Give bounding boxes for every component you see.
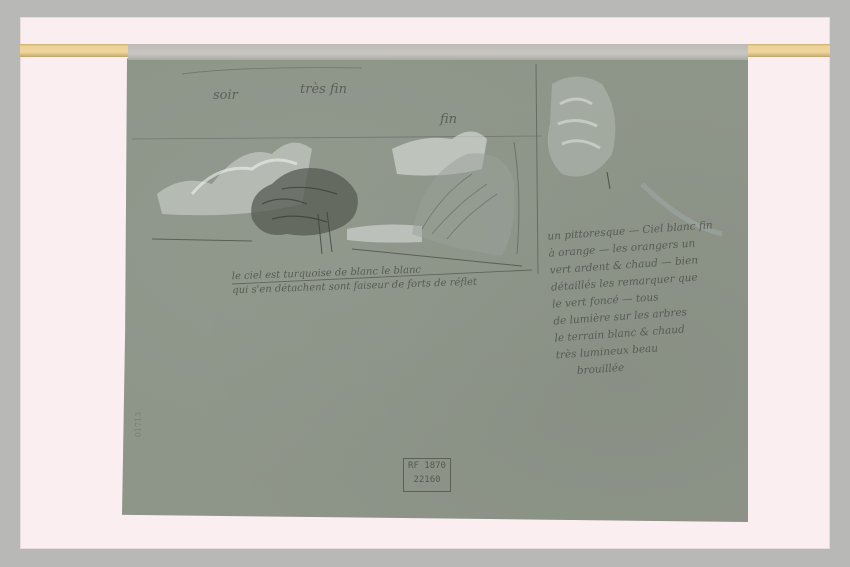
- stamp-line-2: 22160: [404, 473, 450, 487]
- inscription-tres-fin: très fin: [300, 82, 347, 97]
- collection-stamp: RF 1870 22160: [403, 458, 451, 492]
- stamp-line-1: RF 1870: [404, 459, 450, 473]
- inscription-soir: soir: [213, 88, 238, 103]
- inscription-fin: fin: [440, 112, 457, 127]
- inventory-side-mark: 01713: [134, 412, 143, 437]
- right-annotation: un pittoresque — Ciel blanc fin à orange…: [547, 216, 747, 382]
